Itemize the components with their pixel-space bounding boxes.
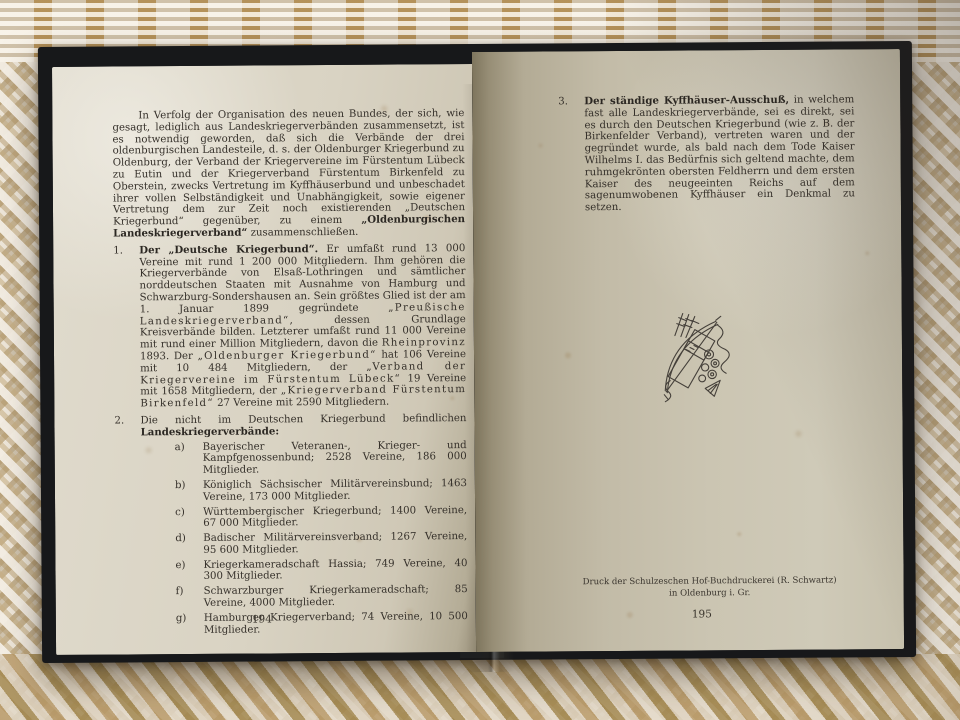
foxing-spots	[472, 52, 476, 56]
text-segment: 1893. Der	[140, 351, 198, 362]
subitem-text: Badischer Militärvereinsverband; 1267 Ve…	[203, 531, 467, 556]
subitem-text: Schwarzburger Kriegerkameradschaft; 85 V…	[204, 584, 468, 609]
list-item: b)Königlich Sächsischer Militärvereinsbu…	[175, 478, 467, 504]
subitem-letter: e)	[175, 560, 203, 584]
item-number: 2.	[114, 415, 142, 637]
page-number-195: 195	[652, 608, 752, 621]
bold-emphasis: Der „Deutsche Kriegerbund“.	[139, 243, 318, 256]
subitem-text: Königlich Sächsischer Militärvereinsbund…	[203, 478, 467, 503]
list-item: f)Schwarzburger Kriegerkameradschaft; 85…	[176, 584, 468, 610]
text-segment: in welchem fast alle Landeskriegerverbän…	[584, 94, 855, 213]
item-number: 1.	[113, 245, 140, 410]
spaced-emphasis: „Oldenburger Kriegerbund“	[198, 350, 377, 362]
right-page-text: 3. Der ständige Kyffhäuser-Ausschuß, in …	[558, 94, 855, 214]
right-page: 3. Der ständige Kyffhäuser-Ausschuß, in …	[472, 49, 904, 652]
blanket-bottom-band	[0, 654, 960, 720]
subitem-letter: c)	[175, 506, 203, 530]
list-item-3: 3. Der ständige Kyffhäuser-Ausschuß, in …	[558, 94, 855, 214]
item-text: Der ständige Kyffhäuser-Ausschuß, in wel…	[584, 94, 855, 214]
subitem-letter: g)	[176, 613, 204, 637]
subitem-letter: a)	[175, 441, 203, 477]
book-photograph: In Verfolg der Organisation des neuen Bu…	[0, 0, 960, 720]
quiver-bow-ribbon-vignette-icon	[656, 308, 735, 405]
item-text: Die nicht im Deutschen Kriegerbund befin…	[140, 413, 468, 637]
text-segment: 27 Vereine mit 2590 Mitgliedern.	[214, 397, 389, 409]
list-item: d)Badischer Militärvereinsverband; 1267 …	[175, 531, 467, 557]
list-item-2: 2. Die nicht im Deutschen Kriegerbund be…	[114, 413, 468, 637]
imprint-line-1: Druck der Schulzeschen Hof-Buchdruckerei…	[556, 575, 864, 589]
list-item-1: 1. Der „Deutsche Kriegerbund“. Er umfaßt…	[113, 243, 466, 411]
printer-imprint: Druck der Schulzeschen Hof-Buchdruckerei…	[556, 575, 864, 600]
open-book: In Verfolg der Organisation des neuen Bu…	[38, 41, 916, 663]
item-number: 3.	[558, 96, 585, 214]
subitem-text: Bayerischer Veteranen-, Krieger- und Kam…	[203, 440, 467, 477]
subitem-letter: b)	[175, 480, 203, 504]
bold-emphasis: Landeskriegerverbände:	[141, 425, 280, 438]
left-page-text: In Verfolg der Organisation des neuen Bu…	[112, 108, 468, 637]
list-item: a)Bayerischer Veteranen-, Krieger- und K…	[175, 440, 467, 477]
spaced-emphasis: Rheinprovinz	[382, 337, 466, 349]
list-item: c)Württembergischer Kriegerbund; 1400 Ve…	[175, 505, 467, 531]
intro-segment: zusammenschließen.	[247, 227, 358, 239]
text-segment: Die nicht im Deutschen Kriegerbund befin…	[140, 413, 466, 426]
list-item: e)Kriegerkameradschaft Hassia; 749 Verei…	[175, 558, 467, 584]
foxing-spots	[52, 67, 56, 71]
imprint-line-2: in Oldenburg i. Gr.	[556, 587, 864, 601]
bold-emphasis: Der ständige Kyffhäuser-Ausschuß,	[584, 94, 789, 107]
subitem-letter: f)	[176, 586, 204, 610]
left-page: In Verfolg der Organisation des neuen Bu…	[52, 64, 476, 655]
subitem-letter: d)	[175, 533, 203, 557]
subitem-text: Württembergischer Kriegerbund; 1400 Vere…	[203, 505, 467, 530]
item-text: Der „Deutsche Kriegerbund“. Er umfaßt ru…	[139, 243, 466, 410]
intro-segment: In Verfolg der Organisation des neuen Bu…	[112, 108, 465, 228]
intro-paragraph: In Verfolg der Organisation des neuen Bu…	[112, 108, 465, 240]
subitem-text: Kriegerkameradschaft Hassia; 749 Vereine…	[203, 558, 467, 583]
page-number-194: 194	[212, 613, 312, 626]
